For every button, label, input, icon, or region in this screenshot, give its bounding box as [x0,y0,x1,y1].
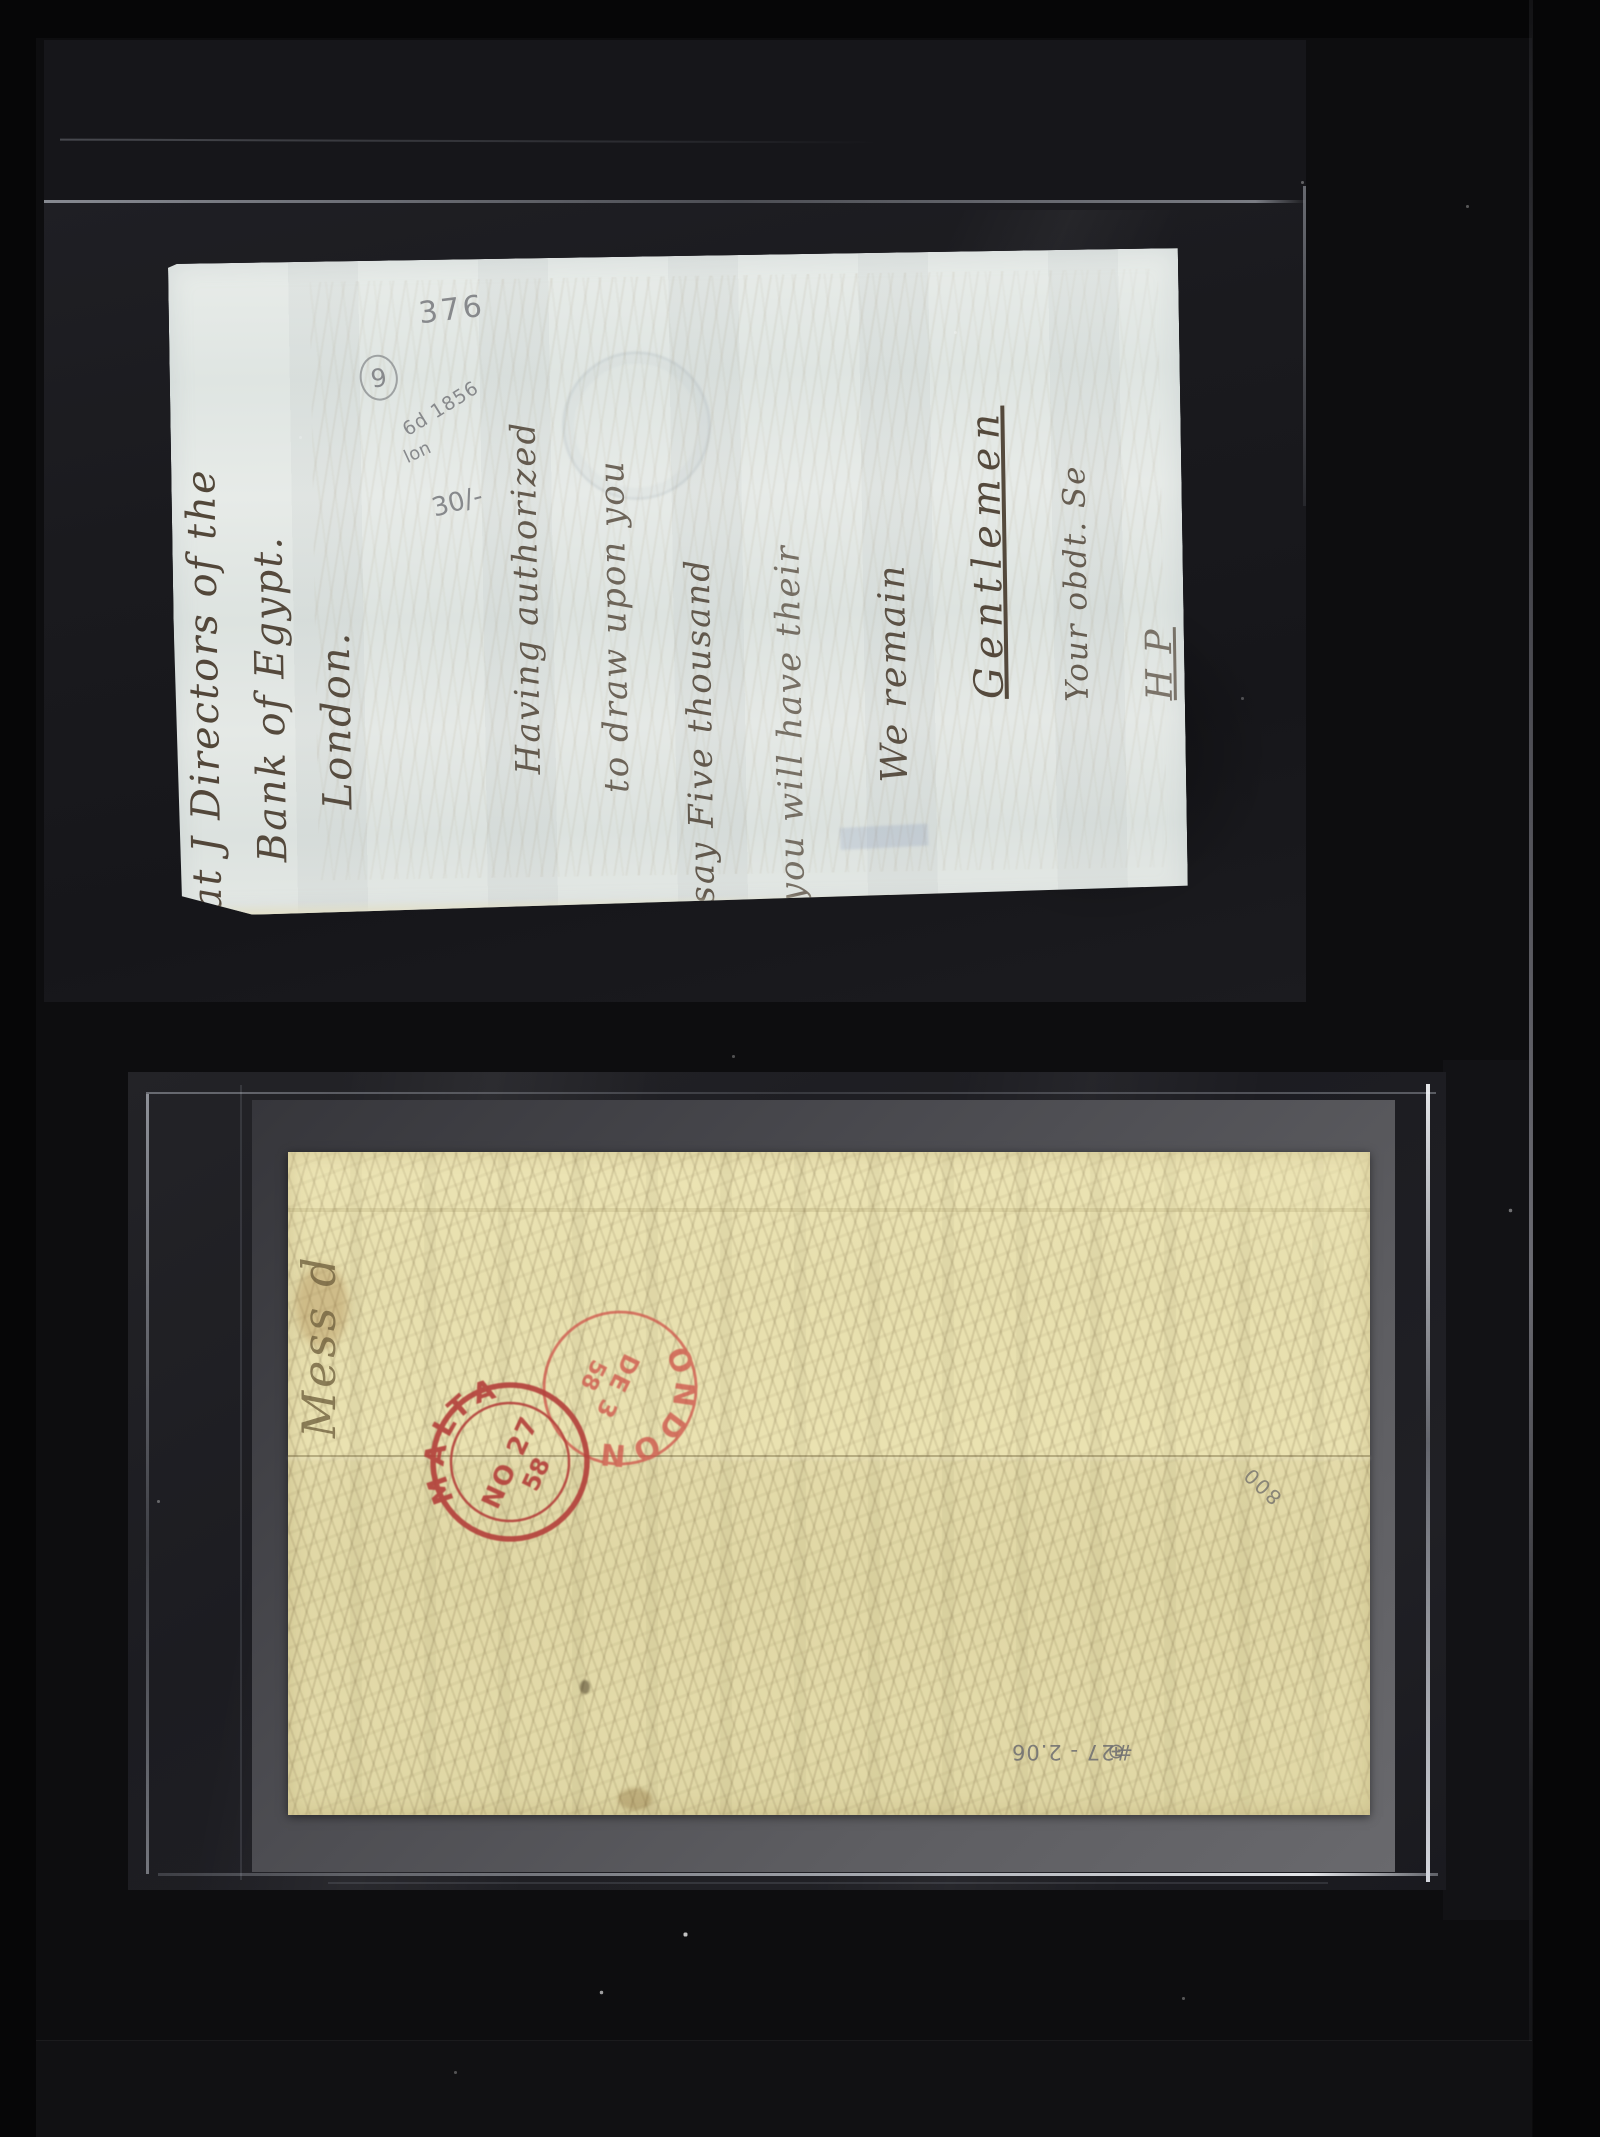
circled-plus-symbol: ⊕ [1106,1740,1125,1764]
dust-specks [0,0,1,1]
address-script: Mess d [292,1254,346,1438]
handwriting-line: to draw upon you [595,459,634,793]
sleeve-edge-highlight [1426,1084,1430,1882]
sleeve-edge-highlight [158,1873,1438,1876]
page-edge-highlight [1529,0,1533,2137]
handwriting-line: Gentlemen [965,406,1010,700]
sleeve-edge-highlight [328,1882,1328,1884]
handwriting-line: you will have their [770,544,810,903]
sleeve-edge-highlight [44,200,1306,203]
page-bottom-band [36,2041,1532,2137]
handwriting-line: Having authorized [506,421,546,775]
pencil-catalog-number: 376 [417,292,486,330]
sleeve-edge-highlight [146,1092,1436,1094]
handwriting-line: Your obdt. Se [1059,464,1094,702]
paper-stain [618,1788,652,1810]
sleeve-edge-highlight [240,1085,242,1880]
ink-showthrough [310,268,1168,881]
handwriting-line: at J Directors of the [181,468,228,912]
sleeve-edge-highlight [1303,186,1306,506]
handwriting-line: We remain [873,563,913,783]
album-photo: at J Directors of the Bank of Egypt. Lon… [0,0,1600,2137]
ink-spot [580,1680,590,1694]
handwriting-line: Bank of Egypt. [248,535,293,863]
page-edge-shadow [1443,1060,1529,1920]
handwriting-line: London. [316,630,359,809]
sleeve-edge-highlight [146,1094,149,1874]
handwriting-line: H P [1142,627,1179,701]
paper-crease [288,1208,1370,1212]
bottom-letter: Mess d LONDON DE 3 58 MALTA NO 27 [288,1152,1370,1815]
top-letter: at J Directors of the Bank of Egypt. Lon… [168,248,1188,916]
top-sleeve-upper-flap [44,40,1306,202]
faint-blue-cachet [840,824,929,850]
handwriting-line: say Five thousand [681,558,720,904]
